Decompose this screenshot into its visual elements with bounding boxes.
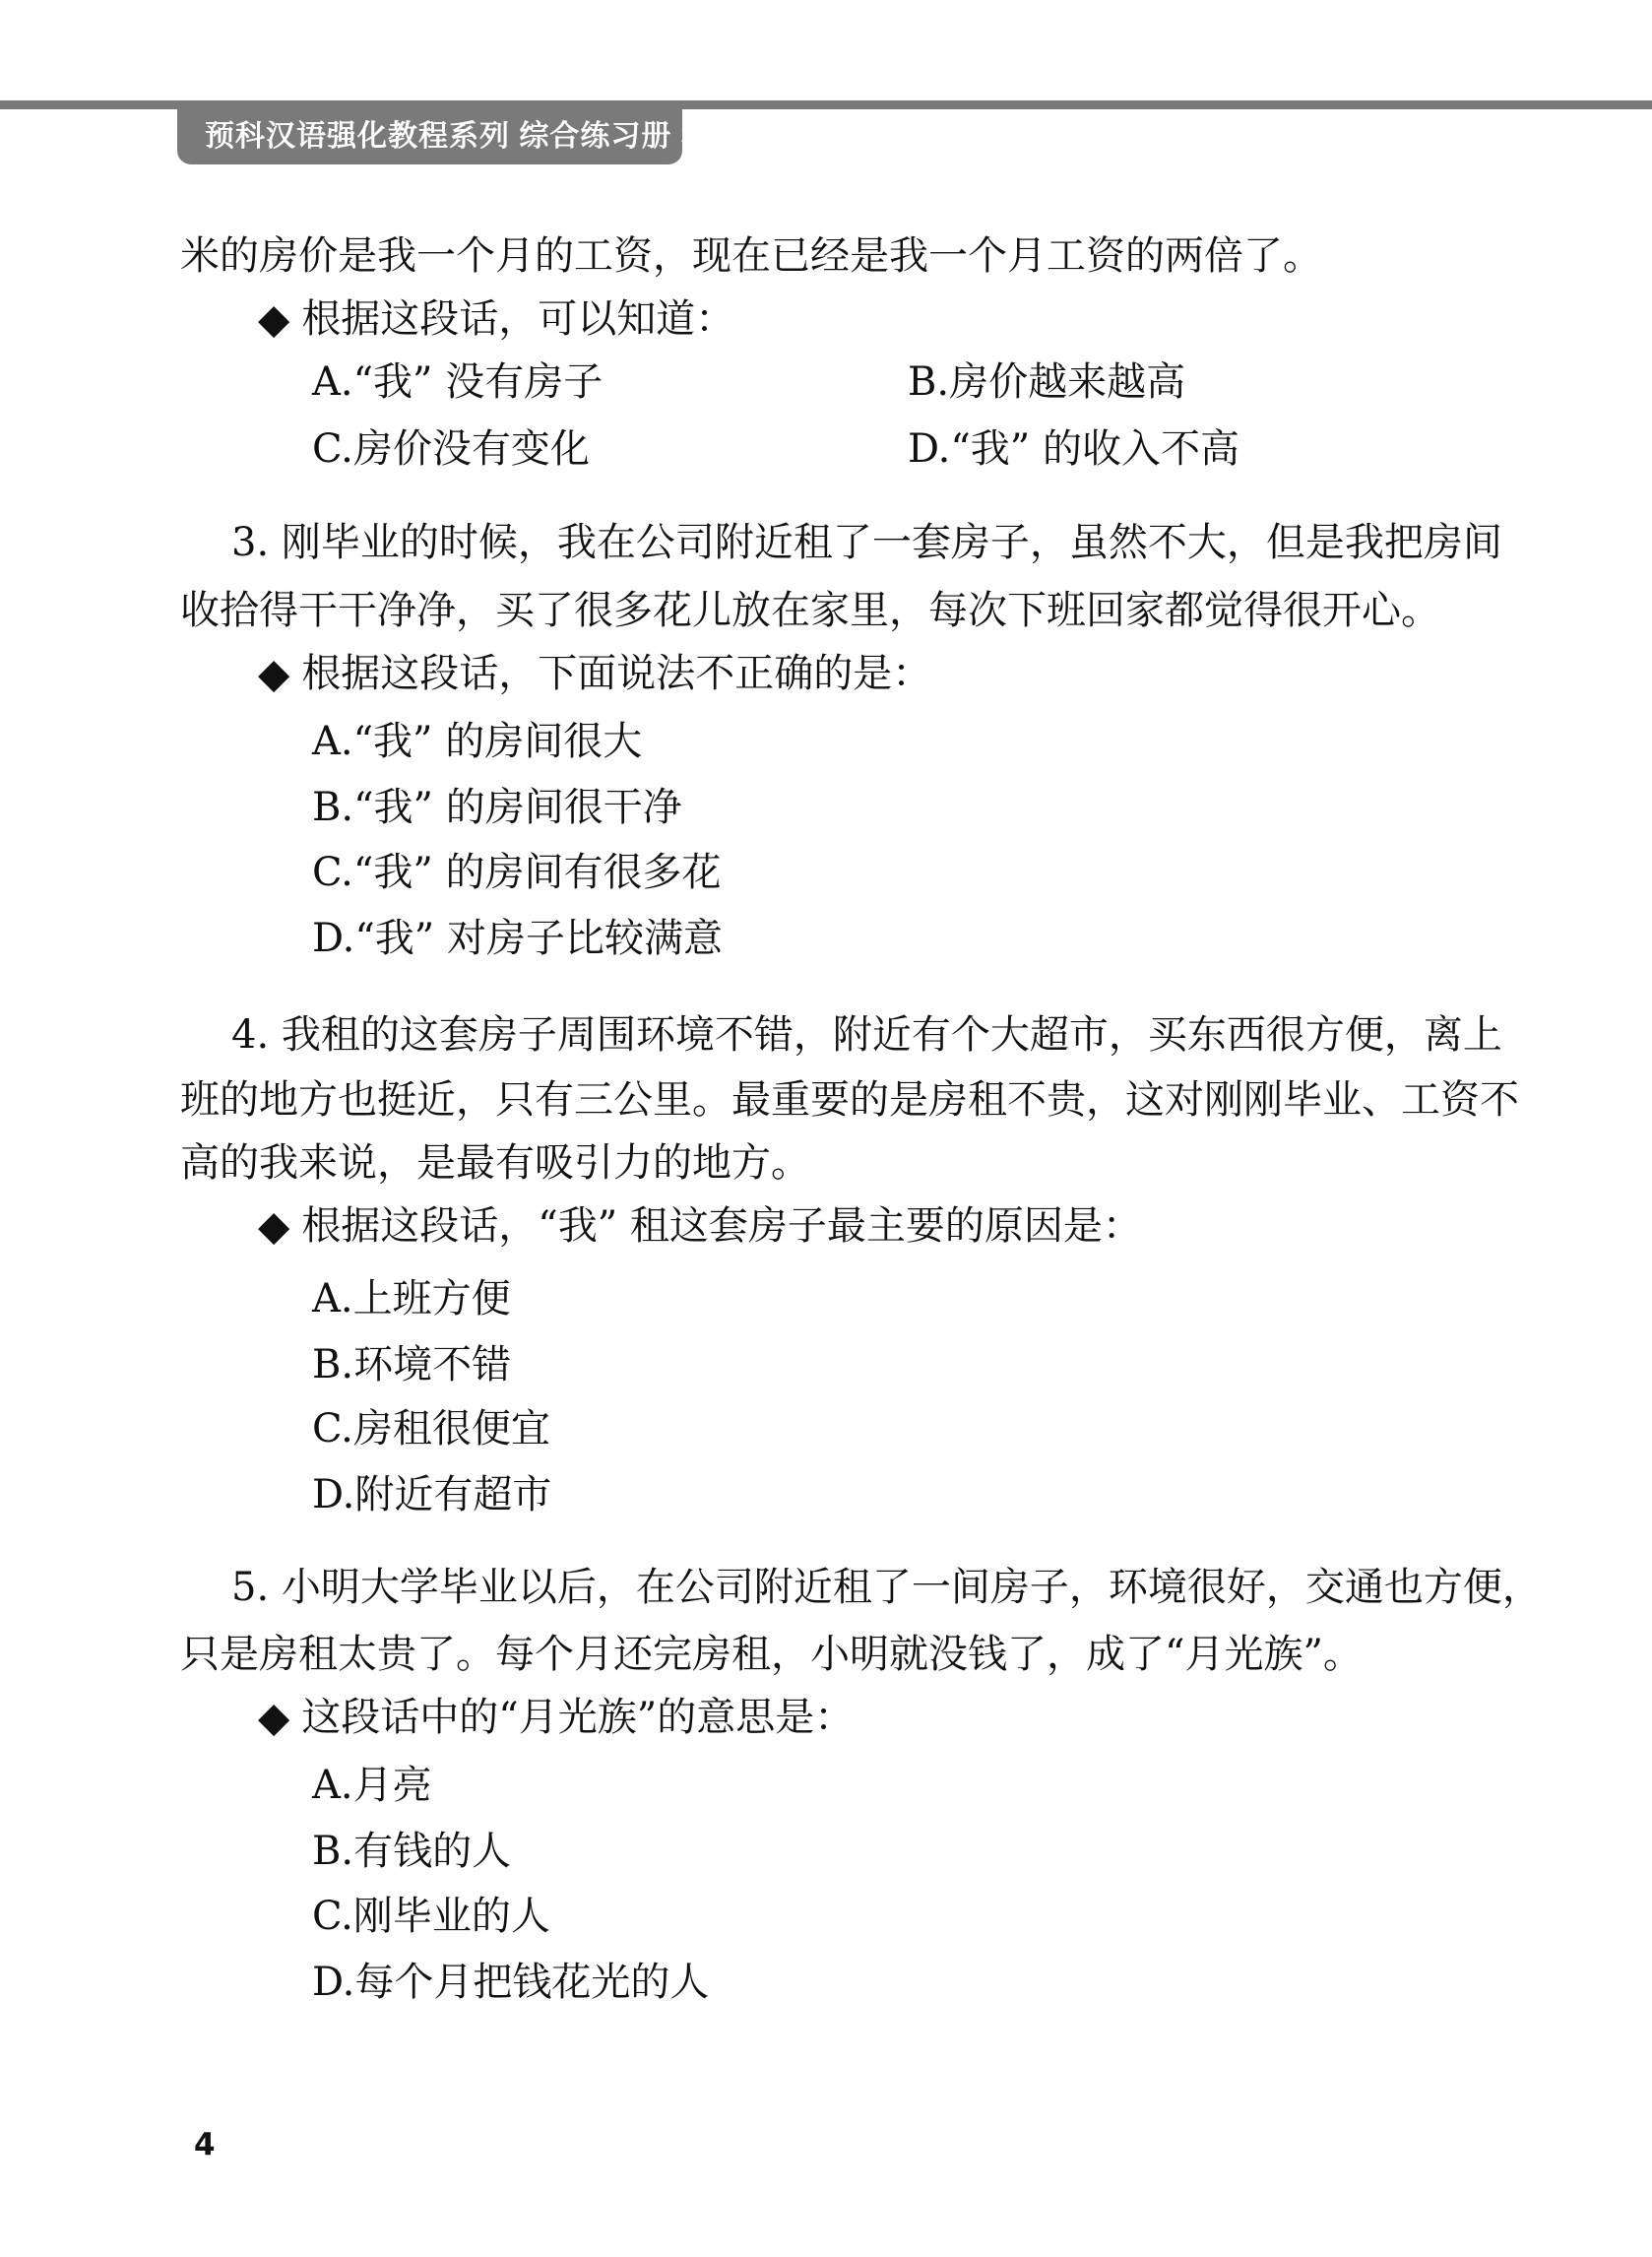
q4-passage-line-3: 高的我来说，是最有吸引力的地方。 bbox=[180, 1141, 810, 1185]
header-tab: 预科汉语强化教程系列 综合练习册 3 bbox=[177, 100, 682, 164]
q2-option-d: D.“我” 的收入不高 bbox=[908, 427, 1239, 471]
q5-option-a: A.月亮 bbox=[312, 1764, 432, 1807]
workbook-page: 预科汉语强化教程系列 综合练习册 3 米的房价是我一个月的工资，现在已经是我一个… bbox=[0, 0, 1652, 2257]
q2-option-a: A.“我” 没有房子 bbox=[312, 360, 603, 404]
q2-passage-line: 米的房价是我一个月的工资，现在已经是我一个月工资的两倍了。 bbox=[180, 234, 1322, 278]
q5-option-b: B.有钱的人 bbox=[312, 1830, 511, 1873]
q3-option-a: A.“我” 的房间很大 bbox=[312, 720, 642, 763]
diamond-bullet-icon: ◆ bbox=[258, 653, 289, 694]
q4-passage-line-1: 4. 我租的这套房子周围环境不错，附近有个大超市，买东西很方便，离上 bbox=[231, 1013, 1502, 1057]
q3-passage-line-1: 3. 刚毕业的时候，我在公司附近租了一套房子，虽然不大，但是我把房间 bbox=[231, 521, 1502, 564]
q4-option-b: B.环境不错 bbox=[312, 1343, 511, 1386]
q4-prompt-line: ◆ 根据这段话，“我” 租这套房子最主要的原因是： bbox=[258, 1204, 1142, 1248]
q3-prompt-line: ◆ 根据这段话，下面说法不正确的是： bbox=[258, 652, 931, 695]
diamond-bullet-icon: ◆ bbox=[258, 298, 289, 340]
q5-passage-line-1: 5. 小明大学毕业以后，在公司附近租了一间房子，环境很好，交通也方便， bbox=[231, 1566, 1542, 1609]
booklet-title: 预科汉语强化教程系列 综合练习册 3 bbox=[177, 111, 698, 155]
q4-prompt: 根据这段话，“我” 租这套房子最主要的原因是： bbox=[301, 1204, 1142, 1248]
q2-prompt-line: ◆ 根据这段话，可以知道： bbox=[258, 297, 734, 341]
diamond-bullet-icon: ◆ bbox=[258, 1205, 289, 1247]
q5-passage-line-2: 只是房租太贵了。每个月还完房租，小明就没钱了，成了“月光族”。 bbox=[180, 1633, 1363, 1676]
page-number: 4 bbox=[194, 2127, 216, 2162]
q4-option-c: C.房租很便宜 bbox=[312, 1407, 550, 1451]
diamond-bullet-icon: ◆ bbox=[258, 1697, 289, 1738]
q2-prompt: 根据这段话，可以知道： bbox=[301, 297, 734, 341]
q2-option-c: C.房价没有变化 bbox=[312, 427, 590, 471]
q4-option-a: A.上班方便 bbox=[312, 1277, 511, 1321]
q4-option-d: D.附近有超市 bbox=[312, 1473, 551, 1516]
q5-option-d: D.每个月把钱花光的人 bbox=[312, 1961, 709, 2004]
q3-passage-line-2: 收拾得干干净净，买了很多花儿放在家里，每次下班回家都觉得很开心。 bbox=[180, 589, 1440, 632]
q5-option-c: C.刚毕业的人 bbox=[312, 1895, 550, 1938]
q3-option-d: D.“我” 对房子比较满意 bbox=[312, 917, 723, 960]
q5-prompt: 这段话中的“月光族”的意思是： bbox=[301, 1696, 854, 1739]
q2-option-b: B.房价越来越高 bbox=[908, 360, 1185, 404]
q3-option-b: B.“我” 的房间很干净 bbox=[312, 786, 682, 829]
q5-prompt-line: ◆ 这段话中的“月光族”的意思是： bbox=[258, 1696, 854, 1739]
q3-option-c: C.“我” 的房间有很多花 bbox=[312, 851, 722, 894]
q3-prompt: 根据这段话，下面说法不正确的是： bbox=[301, 652, 931, 695]
q4-passage-line-2: 班的地方也挺近，只有三公里。最重要的是房租不贵，这对刚刚毕业、工资不 bbox=[180, 1078, 1519, 1122]
